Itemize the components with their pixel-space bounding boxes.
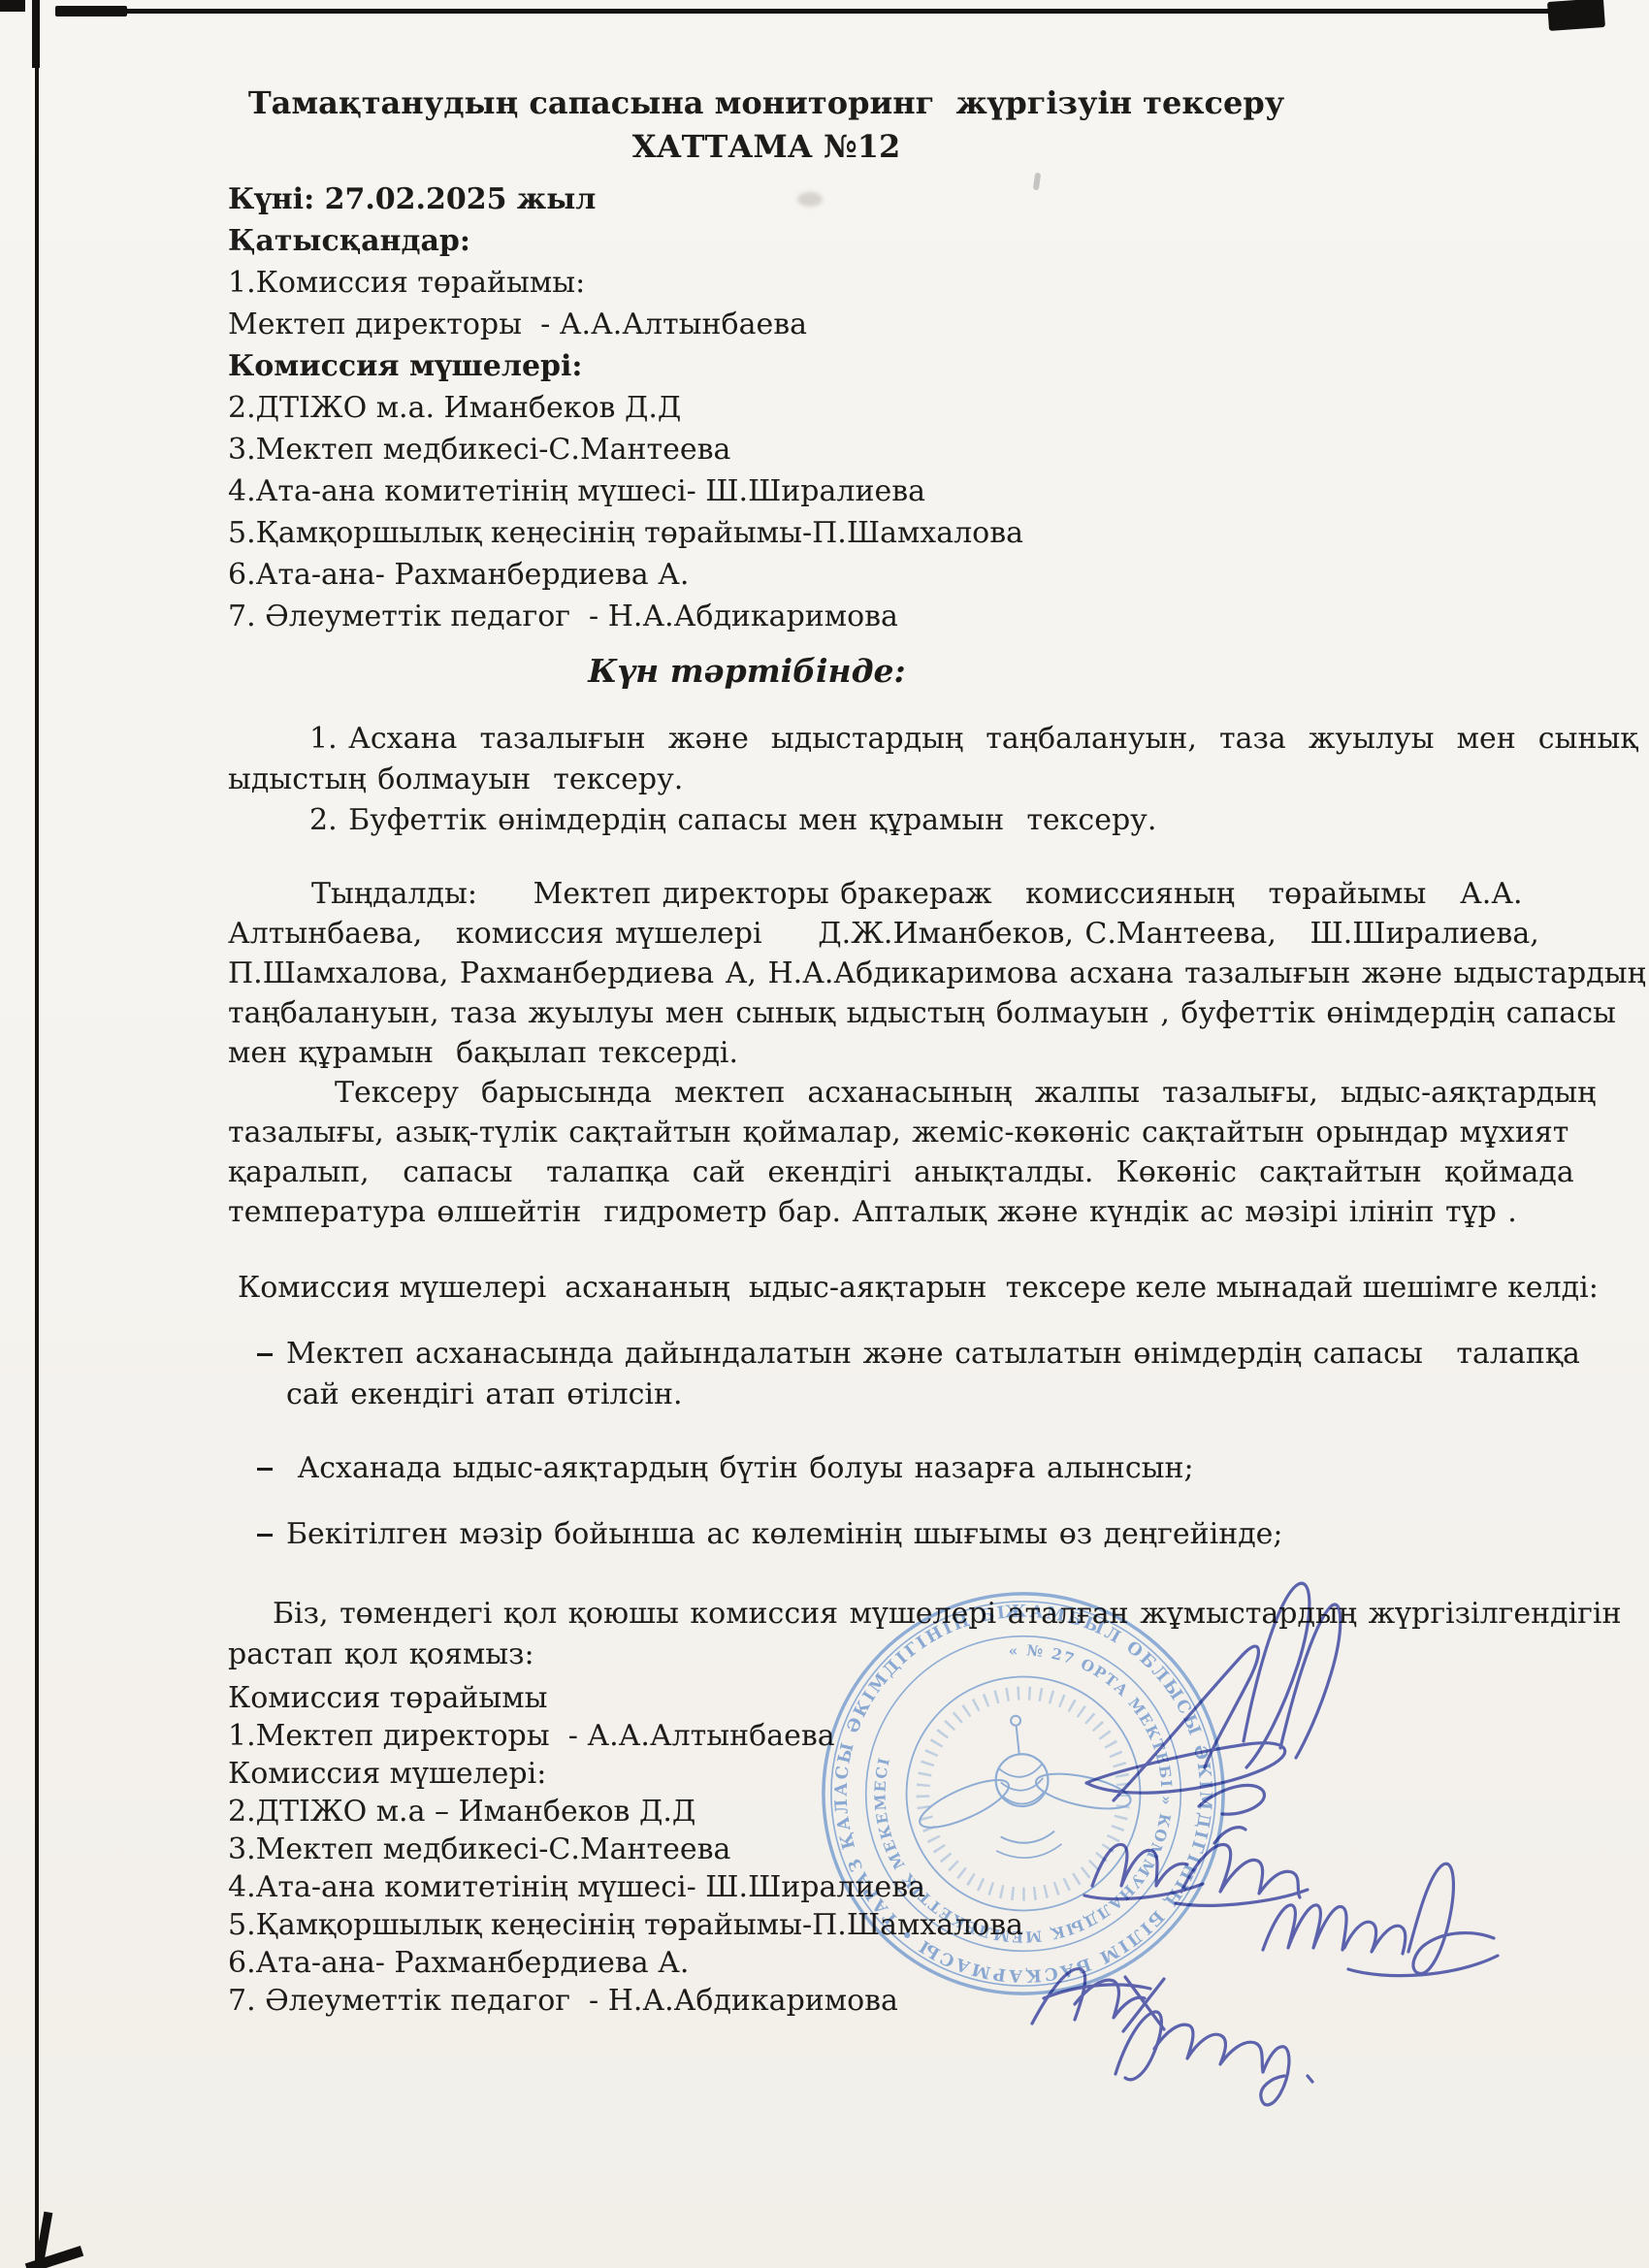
signature-line: 7. Әлеуметтік педагог - Н.А.Абдикаримова <box>228 1982 1421 2020</box>
agenda-heading: Күн тәртібінде: <box>150 649 1343 694</box>
paragraph-line: Тексеру барысында мектеп асханасының жал… <box>228 1073 1421 1113</box>
paragraph-line: П.Шамхалова, Рахманбердиева А, Н.А.Абдик… <box>228 954 1421 993</box>
paragraph-heard: Тыңдалды: Мектеп директоры бракераж коми… <box>228 874 1421 1073</box>
decision-item-3: Бекітілген мәзір бойынша ас көлемінің шы… <box>228 1514 1421 1555</box>
scanned-document-page: Тамақтанудың сапасына мониторинг жүргізу… <box>0 0 1649 2268</box>
decision-item-1: Мектеп асханасында дайындалатын және сат… <box>228 1334 1421 1415</box>
dash-bullet <box>257 1468 273 1471</box>
scan-artifact-top-left-blob <box>55 6 127 16</box>
paragraph-line: тазалығы, азық-түлік сақтайтын қоймалар,… <box>228 1113 1421 1152</box>
agenda-item-1: 1. Асхана тазалығын және ыдыстардың таңб… <box>228 719 1421 800</box>
dash-bullet <box>257 1353 273 1356</box>
decision-item-2: Асханада ыдыс-аяқтардың бүтін болуы наза… <box>228 1448 1421 1489</box>
emblem-base <box>1001 1831 1055 1846</box>
paragraph-line: Алтынбаева, комиссия мүшелері Д.Ж.Иманбе… <box>228 914 1421 954</box>
paragraph-inspection: Тексеру барысында мектеп асханасының жал… <box>228 1073 1421 1232</box>
paragraph-line: температура өлшейтін гидрометр бар. Апта… <box>228 1192 1421 1232</box>
signature-abdikarimova <box>1115 2012 1312 2105</box>
date-line: Күні: 27.02.2025 жыл <box>228 178 1421 220</box>
agenda-item-line: 1. Асхана тазалығын және ыдыстардың таңб… <box>228 719 1421 760</box>
paragraph-line: Тыңдалды: Мектеп директоры бракераж коми… <box>228 874 1421 914</box>
paragraph-line: мен құрамын бақылап тексерді. <box>228 1033 1421 1073</box>
decision-text: Мектеп асханасында дайындалатын және сат… <box>286 1334 1580 1415</box>
member-line: 6.Ата-ана- Рахманбердиева А. <box>228 554 1421 596</box>
scan-artifact-top-right-blob <box>1547 0 1605 31</box>
stamp-ring <box>895 1666 1152 1923</box>
official-stamp: ЖАМБЫЛ ОБЛЫСЫ ӘКІМДІГІНІҢ БІЛІМ БАСҚАРМА… <box>790 1560 1256 2026</box>
stamp-ring <box>851 1621 1197 1967</box>
participants-section: Күні: 27.02.2025 жыл Қатысқандар: 1.Коми… <box>228 178 1421 637</box>
decision-text: Асханада ыдыс-аяқтардың бүтін болуы наза… <box>286 1448 1421 1489</box>
scan-artifact-bottom-left-mark-2 <box>25 2246 83 2268</box>
member-line: 3.Мектеп медбикесі-С.Мантеева <box>228 429 1421 470</box>
decision-line: Бекітілген мәзір бойынша ас көлемінің шы… <box>286 1514 1421 1555</box>
agenda-item-line: ыдыстың болмауын тексеру. <box>228 760 1421 800</box>
document-title: Тамақтанудың сапасына мониторинг жүргізу… <box>170 0 1363 169</box>
title-line-2: ХАТТАМА №12 <box>170 125 1363 169</box>
scan-artifact-left-line-top <box>32 0 40 68</box>
chair-role-line: 1.Комиссия төрайымы: <box>228 262 1421 304</box>
decision-line: Асханада ыдыс-аяқтардың бүтін болуы наза… <box>286 1448 1421 1489</box>
member-line: 2.ДТІЖО м.а. Иманбеков Д.Д <box>228 387 1421 429</box>
decision-text: Бекітілген мәзір бойынша ас көлемінің шы… <box>286 1514 1421 1555</box>
emblem-base-2 <box>996 1844 1062 1861</box>
emblem-wing-left <box>914 1771 1014 1837</box>
chair-name-line: Мектеп директоры - А.А.Алтынбаева <box>228 304 1421 345</box>
decision-intro: Комиссия мүшелері асхананың ыдыс-аяқтары… <box>228 1267 1421 1309</box>
member-line: 7. Әлеуметтік педагог - Н.А.Абдикаримова <box>228 596 1421 637</box>
scan-artifact-left-line <box>35 0 39 2268</box>
emblem-spike <box>1017 1727 1019 1755</box>
paragraph-line: қаралып, сапасы талапқа сай екендігі аны… <box>228 1152 1421 1192</box>
decision-line: Мектеп асханасында дайындалатын және сат… <box>286 1334 1580 1375</box>
emblem-star <box>1011 1715 1021 1726</box>
member-line: 5.Қамқоршылық кеңесінің төрайымы-П.Шамха… <box>228 512 1421 554</box>
members-heading: Комиссия мүшелері: <box>228 345 1421 387</box>
stamp-ornament-ring <box>913 1683 1134 1904</box>
agenda-item-2: 2. Буфеттік өнімдердің сапасы мен құрамы… <box>228 800 1421 841</box>
participants-heading: Қатысқандар: <box>228 220 1421 262</box>
decision-line: сай екендігі атап өтілсін. <box>286 1375 1580 1415</box>
member-line: 4.Ата-ана комитетінің мүшесі- Ш.Ширалиев… <box>228 470 1421 512</box>
title-line-1: Тамақтанудың сапасына мониторинг жүргізу… <box>170 81 1363 125</box>
paragraph-line: таңбалануын, таза жуылуы мен сынық ыдыст… <box>228 993 1421 1033</box>
dash-bullet <box>257 1534 273 1537</box>
scan-artifact-corner-mark <box>0 0 25 12</box>
stamp-outer-ring <box>804 1574 1244 2014</box>
